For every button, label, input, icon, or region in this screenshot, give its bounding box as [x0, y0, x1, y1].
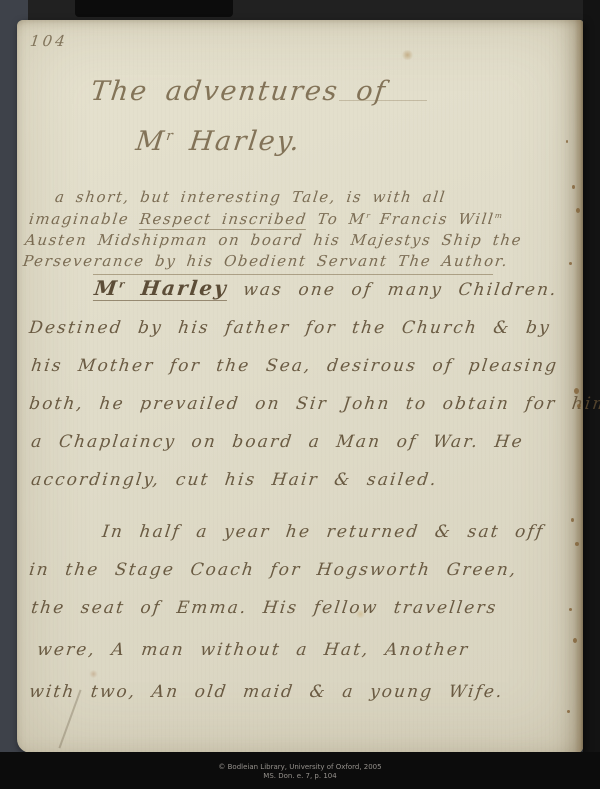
paragraph1-line-4: both, he prevailed on Sir John to obtain…: [28, 394, 600, 414]
paragraph2-line-3: the seat of Emma. His fellow travellers: [30, 598, 499, 618]
paragraph1-line-6: accordingly, cut his Hair & sailed.: [30, 470, 439, 490]
manuscript-page: 104 The adventures of Mr Harley. a short…: [17, 20, 583, 753]
dedication-line-4: Perseverance by his Obedient Servant The…: [22, 252, 510, 270]
dedication-underlined-words: Respect inscribed: [138, 210, 308, 230]
dedication-rule: [93, 274, 493, 275]
binding-gutter-shadow: [574, 20, 583, 753]
manuscript-photo: 104 The adventures of Mr Harley. a short…: [0, 0, 600, 789]
binding-speck: [567, 710, 570, 713]
paragraph1-line-3: his Mother for the Sea, desirous of plea…: [30, 356, 559, 376]
dedication-line-1: a short, but interesting Tale, is with a…: [54, 188, 447, 206]
name-rest: Harley: [123, 276, 230, 300]
title-line-2-text: M: [134, 126, 167, 157]
paragraph2-line-2: in the Stage Coach for Hogsworth Green,: [28, 560, 519, 580]
dedication-line-2-pre: imaginable: [28, 210, 141, 228]
title-line-2-rest: Harley.: [170, 126, 303, 157]
paragraph2-line-1: In half a year he returned & sat off: [101, 522, 545, 542]
dedication-line-3: Austen Midshipman on board his Majestys …: [24, 231, 523, 249]
paragraph1-line-1: Mr Harley was one of many Children.: [93, 276, 559, 300]
binding-speck: [569, 608, 572, 611]
mr-harley-name: Mr Harley: [93, 276, 230, 301]
dedication-line-2-mid: To M: [306, 210, 367, 228]
dedication-line-2-mid2: Francis Will: [368, 210, 495, 228]
caption-band: © Bodleian Library, University of Oxford…: [0, 752, 600, 789]
paragraph1-line-1-rest: was one of many Children.: [227, 280, 559, 300]
caption-copyright: © Bodleian Library, University of Oxford…: [0, 763, 600, 772]
name-m: M: [93, 276, 120, 300]
foxing-spot: [89, 670, 98, 678]
paragraph1-line-5: a Chaplaincy on board a Man of War. He: [30, 432, 525, 452]
title-line-1: The adventures of: [89, 76, 389, 107]
paragraph2-line-4: were, A man without a Hat, Another: [36, 640, 471, 660]
paragraph2-line-5: with two, An old maid & a young Wife.: [28, 682, 505, 702]
title-flourish-line: [339, 100, 427, 101]
foxing-spot: [401, 50, 414, 60]
page-number: 104: [29, 32, 69, 50]
binding-speck: [566, 140, 568, 143]
paragraph1-line-2: Destined by his father for the Church & …: [28, 318, 552, 338]
caption-shelfmark: MS. Don. e. 7, p. 104: [0, 772, 600, 781]
binding-speck: [569, 262, 572, 265]
dedication-line-2: imaginable Respect inscribed To Mr Franc…: [28, 210, 503, 228]
title-line-2: Mr Harley.: [134, 126, 303, 157]
binding-clamp: [75, 0, 233, 17]
superscript-m: m: [494, 211, 502, 220]
